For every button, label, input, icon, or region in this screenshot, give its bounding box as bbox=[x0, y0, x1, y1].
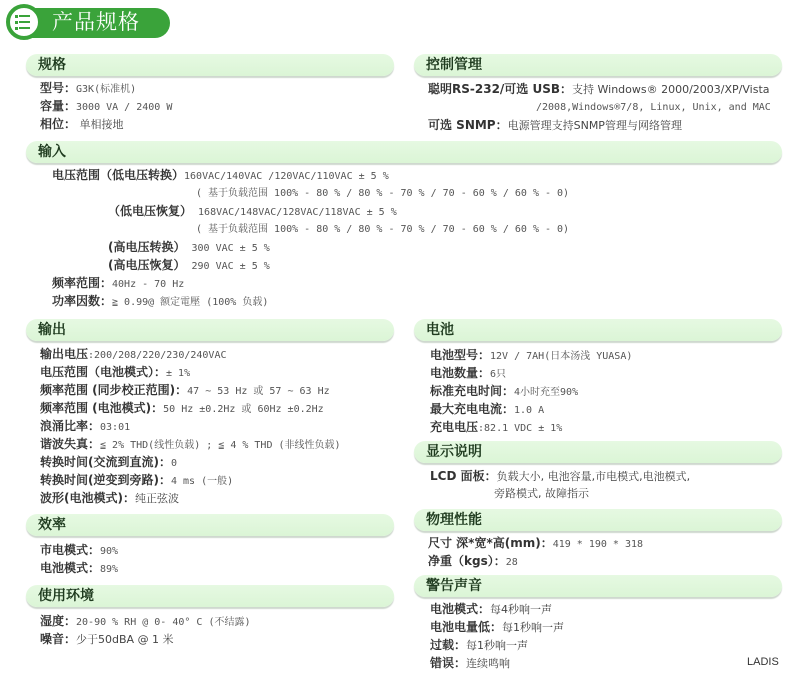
row-label: 充电电压 bbox=[430, 420, 478, 434]
page-title: 产品规格 bbox=[52, 9, 140, 35]
physical-row-weight: 净重（kgs）：28 bbox=[428, 554, 518, 570]
spec-row-phase: 相位： 单相接地 bbox=[40, 117, 124, 132]
section-header-input: 输入 bbox=[26, 141, 782, 163]
control-row-snmp: 可选 SNMP：电源管理支持SNMP管理与网络管理 bbox=[428, 118, 682, 133]
row-value: 300 VAC ± 5 % bbox=[186, 243, 270, 254]
row-value: 03:01 bbox=[100, 422, 130, 433]
row-label: 标准充电时间： bbox=[430, 384, 514, 398]
row-value: 少于50dBA @ 1 米 bbox=[76, 633, 174, 646]
row-value: 每4秒响一声 bbox=[490, 603, 552, 616]
section-title: 效率 bbox=[38, 515, 66, 535]
list-icon bbox=[6, 4, 42, 40]
section-title: 警告声音 bbox=[426, 576, 482, 596]
spec-row-model: 型号：G3K(标准机) bbox=[40, 81, 136, 97]
physical-row-dimensions: 尺寸 深*宽*高(mm)：419 * 190 * 318 bbox=[428, 536, 643, 552]
battery-row-charge-time: 标准充电时间：4小时充至90% bbox=[430, 384, 578, 400]
control-row-usb: 聪明RS-232/可选 USB：支持 Windows® 2000/2003/XP… bbox=[428, 82, 770, 97]
row-value: 4 ms (一般) bbox=[171, 476, 233, 487]
battery-row-type: 电池型号：12V / 7AH(日本汤浅 YUASA) bbox=[430, 348, 632, 364]
row-value: 40Hz - 70 Hz bbox=[112, 279, 184, 290]
row-value: :82.1 VDC ± 1% bbox=[478, 423, 562, 434]
row-value: 每1秒响一声 bbox=[466, 639, 528, 652]
alarm-row-battery-mode: 电池模式：每4秒响一声 bbox=[430, 602, 552, 617]
row-label: 聪明RS-232/可选 USB： bbox=[428, 82, 572, 96]
row-value: 89% bbox=[100, 564, 118, 575]
section-header-output: 输出 bbox=[26, 319, 394, 341]
section-title: 使用环境 bbox=[38, 586, 94, 606]
output-row-transfer-inv-bypass: 转换时间(逆变到旁路)：4 ms (一般) bbox=[40, 473, 233, 489]
row-label: 输出电压 bbox=[40, 347, 88, 361]
row-label: 噪音： bbox=[40, 632, 76, 646]
row-label: 电池型号： bbox=[430, 348, 490, 362]
section-title: 输出 bbox=[38, 320, 66, 340]
row-value: G3K(标准机) bbox=[76, 84, 136, 95]
row-value: 4小时充至90% bbox=[514, 387, 578, 398]
efficiency-row-battery: 电池模式：89% bbox=[40, 561, 118, 577]
section-title: 电池 bbox=[426, 320, 454, 340]
environment-row-humidity: 湿度：20-90 % RH @ 0- 40° C (不结露) bbox=[40, 614, 251, 630]
section-title: 输入 bbox=[38, 142, 66, 162]
row-label: 谐波失真： bbox=[40, 437, 100, 451]
row-value: 12V / 7AH(日本汤浅 YUASA) bbox=[490, 351, 632, 362]
row-label: 最大充电电流： bbox=[430, 402, 514, 416]
input-row-frequency: 频率范围：40Hz - 70 Hz bbox=[52, 276, 184, 292]
section-title: 显示说明 bbox=[426, 442, 482, 462]
row-label: 转换时间(逆变到旁路)： bbox=[40, 473, 171, 487]
row-label: 电池电量低： bbox=[430, 620, 502, 634]
input-row-low-recovery: （低电压恢复） 168VAC/148VAC/128VAC/118VAC ± 5 … bbox=[108, 204, 397, 220]
row-label: 电池模式： bbox=[40, 561, 100, 575]
input-row-low-transfer-load: ( 基于负载范围 100% - 80 % / 80 % - 70 % / 70 … bbox=[196, 186, 569, 201]
row-label: 型号： bbox=[40, 81, 76, 95]
row-value: 连续鸣响 bbox=[466, 657, 510, 670]
row-label: （低电压恢复） bbox=[108, 204, 192, 218]
input-row-high-recovery: (高电压恢复） 290 VAC ± 5 % bbox=[108, 258, 270, 274]
row-value: 168VAC/148VAC/128VAC/118VAC ± 5 % bbox=[192, 207, 397, 218]
row-value: ± 1% bbox=[166, 368, 190, 379]
row-value: :200/208/220/230/240VAC bbox=[88, 350, 226, 361]
section-header-environment: 使用环境 bbox=[26, 585, 394, 607]
row-value: 单相接地 bbox=[76, 118, 124, 131]
output-row-freq-sync: 频率范围 (同步校正范围)：47 ~ 53 Hz 或 57 ~ 63 Hz bbox=[40, 383, 330, 399]
input-row-power-factor: 功率因数：≧ 0.99@ 额定電壓 (100% 负载) bbox=[52, 294, 268, 310]
row-value: 支持 Windows® 2000/2003/XP/Vista bbox=[572, 83, 770, 96]
input-row-high-transfer: (高电压转换） 300 VAC ± 5 % bbox=[108, 240, 270, 256]
row-value: 90% bbox=[100, 546, 118, 557]
section-header-battery: 电池 bbox=[414, 319, 782, 341]
row-value: 旁路模式, 故障指示 bbox=[494, 487, 589, 500]
output-row-waveform: 波形(电池模式)：纯正弦波 bbox=[40, 491, 179, 506]
row-value: ≧ 0.99@ 额定電壓 (100% 负载) bbox=[112, 297, 268, 308]
row-label: 错误： bbox=[430, 656, 466, 670]
row-label: (高电压恢复） bbox=[108, 258, 186, 272]
row-value: 47 ~ 53 Hz 或 57 ~ 63 Hz bbox=[187, 386, 329, 397]
alarm-row-low-battery: 电池电量低：每1秒响一声 bbox=[430, 620, 564, 635]
row-label: 市电模式： bbox=[40, 543, 100, 557]
brand-label: LADIS bbox=[747, 656, 779, 668]
row-value: /2008,Windows®7/8, Linux, Unix, and MAC bbox=[536, 102, 771, 113]
display-row-lcd: LCD 面板：负载大小, 电池容量,市电模式,电池模式, bbox=[430, 469, 690, 484]
row-value: 3000 VA / 2400 W bbox=[76, 102, 172, 113]
battery-row-max-current: 最大充电电流：1.0 A bbox=[430, 402, 544, 418]
row-label: 净重（kgs）： bbox=[428, 554, 506, 568]
row-label: 频率范围 (电池模式)： bbox=[40, 401, 163, 415]
row-value: 419 * 190 * 318 bbox=[553, 539, 643, 550]
alarm-row-overload: 过载：每1秒响一声 bbox=[430, 638, 528, 653]
row-label: 湿度： bbox=[40, 614, 76, 628]
efficiency-row-line: 市电模式：90% bbox=[40, 543, 118, 559]
section-header-physical: 物理性能 bbox=[414, 509, 782, 531]
output-row-crest-factor: 浪涌比率：03:01 bbox=[40, 419, 130, 435]
row-label: 过载： bbox=[430, 638, 466, 652]
battery-row-charge-voltage: 充电电压:82.1 VDC ± 1% bbox=[430, 420, 562, 436]
output-row-transfer-ac-dc: 转换时间(交流到直流)：0 bbox=[40, 455, 177, 471]
row-label: 电压范围（电池模式）： bbox=[40, 365, 166, 379]
row-value: 290 VAC ± 5 % bbox=[186, 261, 270, 272]
section-title: 物理性能 bbox=[426, 510, 482, 530]
control-row-usb-cont: /2008,Windows®7/8, Linux, Unix, and MAC bbox=[536, 100, 771, 115]
row-label: 浪涌比率： bbox=[40, 419, 100, 433]
output-row-voltage: 输出电压:200/208/220/230/240VAC bbox=[40, 347, 227, 363]
input-row-low-transfer: 电压范围（低电压转换）160VAC/140VAC /120VAC/110VAC … bbox=[52, 168, 389, 184]
row-value: ( 基于负载范围 100% - 80 % / 80 % - 70 % / 70 … bbox=[196, 188, 569, 199]
section-header-display: 显示说明 bbox=[414, 441, 782, 463]
row-label: 电压范围（低电压转换） bbox=[52, 168, 184, 182]
row-label: 频率范围 (同步校正范围)： bbox=[40, 383, 187, 397]
row-label: 转换时间(交流到直流)： bbox=[40, 455, 171, 469]
row-value: 电源管理支持SNMP管理与网络管理 bbox=[508, 119, 682, 132]
row-label: LCD 面板： bbox=[430, 469, 497, 483]
row-label: 可选 SNMP： bbox=[428, 118, 508, 132]
row-value: ( 基于负载范围 100% - 80 % / 80 % - 70 % / 70 … bbox=[196, 224, 569, 235]
section-header-control: 控制管理 bbox=[414, 54, 782, 76]
row-value: 0 bbox=[171, 458, 177, 469]
row-value: ≦ 2% THD(线性负载) ; ≦ 4 % THD (非线性负载) bbox=[100, 440, 341, 451]
row-value: 6只 bbox=[490, 369, 506, 380]
output-row-thd: 谐波失真：≦ 2% THD(线性负载) ; ≦ 4 % THD (非线性负载) bbox=[40, 437, 341, 453]
row-label: (高电压转换） bbox=[108, 240, 186, 254]
section-header-alarm: 警告声音 bbox=[414, 575, 782, 597]
section-header-spec: 规格 bbox=[26, 54, 394, 76]
row-value: 20-90 % RH @ 0- 40° C (不结露) bbox=[76, 617, 251, 628]
row-value: 每1秒响一声 bbox=[502, 621, 564, 634]
row-label: 相位： bbox=[40, 117, 76, 131]
row-value: 纯正弦波 bbox=[135, 492, 179, 505]
section-title: 控制管理 bbox=[426, 55, 482, 75]
row-value: 28 bbox=[506, 557, 518, 568]
environment-row-noise: 噪音：少于50dBA @ 1 米 bbox=[40, 632, 174, 647]
row-label: 波形(电池模式)： bbox=[40, 491, 135, 505]
output-row-voltage-range: 电压范围（电池模式）：± 1% bbox=[40, 365, 190, 381]
section-title: 规格 bbox=[38, 55, 66, 75]
row-value: 160VAC/140VAC /120VAC/110VAC ± 5 % bbox=[184, 171, 389, 182]
row-label: 尺寸 深*宽*高(mm)： bbox=[428, 536, 553, 550]
row-value: 负载大小, 电池容量,市电模式,电池模式, bbox=[497, 470, 690, 483]
row-value: 50 Hz ±0.2Hz 或 60Hz ±0.2Hz bbox=[163, 404, 324, 415]
section-header-efficiency: 效率 bbox=[26, 514, 394, 536]
row-label: 电池数量： bbox=[430, 366, 490, 380]
row-label: 容量： bbox=[40, 99, 76, 113]
input-row-low-recovery-load: ( 基于负载范围 100% - 80 % / 80 % - 70 % / 70 … bbox=[196, 222, 569, 237]
row-value: 1.0 A bbox=[514, 405, 544, 416]
spec-row-capacity: 容量：3000 VA / 2400 W bbox=[40, 99, 172, 115]
output-row-freq-battery: 频率范围 (电池模式)：50 Hz ±0.2Hz 或 60Hz ±0.2Hz bbox=[40, 401, 324, 417]
display-row-lcd-cont: 旁路模式, 故障指示 bbox=[494, 487, 589, 501]
battery-row-count: 电池数量：6只 bbox=[430, 366, 506, 382]
row-label: 功率因数： bbox=[52, 294, 112, 308]
page-banner: 产品规格 bbox=[6, 4, 170, 38]
row-label: 电池模式： bbox=[430, 602, 490, 616]
row-label: 频率范围： bbox=[52, 276, 112, 290]
alarm-row-fault: 错误：连续鸣响 bbox=[430, 656, 510, 671]
